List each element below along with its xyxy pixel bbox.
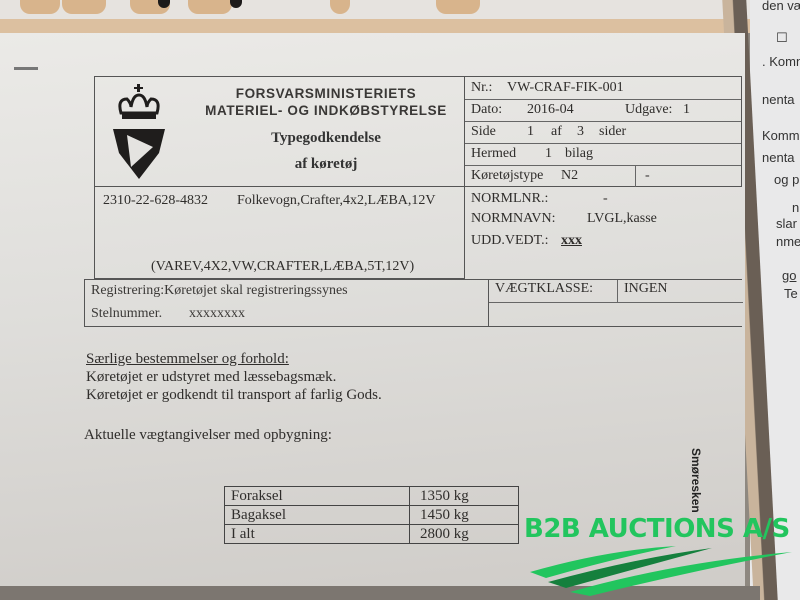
vehicle-short: (VAREV,4X2,VW,CRAFTER,LÆBA,5T,12V)	[151, 259, 414, 275]
label: Dato:	[471, 102, 502, 118]
normnavn-value: LVGL,kasse	[587, 211, 657, 227]
swoosh-logo-icon	[526, 544, 796, 596]
table-row: I alt 2800 kg	[225, 525, 519, 544]
bg-text: den væ	[762, 0, 800, 13]
binder-hole	[188, 0, 232, 14]
bg-text: og p	[774, 172, 799, 187]
special-notes: Særlige bestemmelser og forhold: Køretøj…	[86, 350, 382, 404]
weight-class-box: VÆGTKLASSE: INGEN	[489, 279, 742, 327]
bg-text: nenta	[762, 150, 795, 165]
bg-text: go	[782, 268, 796, 283]
organization-line-1: FORSVARSMINISTERIETS	[191, 86, 461, 101]
label: NORMLNR.:	[471, 191, 548, 207]
checkbox-icon: ☐	[776, 30, 788, 46]
document-title-line-2: af køretøj	[191, 156, 461, 173]
meta-row-nr: Nr.: VW-CRAF-FIK-001	[465, 77, 741, 100]
weight-value: 1350 kg	[410, 487, 519, 506]
registration-text: Registrering:Køretøjet skal registrering…	[91, 283, 348, 299]
label: NORMNAVN:	[471, 211, 556, 227]
header-box: FORSVARSMINISTERIETS MATERIEL- OG INDKØB…	[94, 76, 464, 187]
organization-line-2: MATERIEL- OG INDKØBSTYRELSE	[191, 103, 461, 118]
binder-hole	[436, 0, 480, 14]
weight-value: 1450 kg	[410, 506, 519, 525]
table-row: Bagaksel 1450 kg	[225, 506, 519, 525]
normlnr-value: -	[603, 191, 608, 207]
norm-box: NORMLNR.: - NORMNAVN: LVGL,kasse UDD.VED…	[464, 187, 743, 279]
label: Nr.:	[471, 80, 492, 96]
weight-value: 2800 kg	[410, 525, 519, 544]
meta-row-type: Køretøjstype N2 -	[465, 165, 741, 187]
label: Side	[471, 124, 496, 140]
meta-box: Nr.: VW-CRAF-FIK-001 Dato: 2016-04 Udgav…	[464, 76, 742, 187]
label: Køretøjstype	[471, 168, 543, 184]
label: sider	[599, 124, 626, 140]
note-line: Køretøjet er udstyret med læssebagsmæk.	[86, 368, 382, 386]
vehicle-code: 2310-22-628-4832	[103, 193, 208, 209]
crown-shield-icon	[109, 83, 169, 183]
weight-label: Bagaksel	[225, 506, 410, 525]
meta-row-hermed: Hermed 1 bilag	[465, 143, 741, 166]
stamp-text: Smøresken	[689, 448, 703, 513]
chassis-number: xxxxxxxx	[189, 306, 245, 322]
label: af	[551, 124, 562, 140]
page-total: 3	[577, 124, 584, 140]
divider	[635, 165, 636, 187]
label: UDD.VEDT.:	[471, 233, 549, 249]
document-number: VW-CRAF-FIK-001	[507, 80, 624, 96]
binder-hole	[330, 0, 350, 14]
attachment-count: 1	[545, 146, 552, 162]
table-row: Foraksel 1350 kg	[225, 487, 519, 506]
label: VÆGTKLASSE:	[495, 281, 593, 297]
weights-table: Foraksel 1350 kg Bagaksel 1450 kg I alt …	[224, 486, 519, 544]
label: Udgave:	[625, 102, 672, 118]
binder-hole	[20, 0, 60, 14]
weight-label: I alt	[225, 525, 410, 544]
label: Hermed	[471, 146, 516, 162]
label: bilag	[565, 146, 593, 162]
bg-text: slar	[776, 216, 797, 231]
vehicle-description: Folkevogn,Crafter,4x2,LÆBA,12V	[237, 193, 436, 209]
binder-ring-icon	[230, 0, 242, 8]
weights-label: Aktuelle vægtangivelser med opbygning:	[84, 427, 332, 444]
binder-hole	[62, 0, 106, 14]
weight-label: Foraksel	[225, 487, 410, 506]
registration-box: Registrering:Køretøjet skal registrering…	[84, 279, 489, 327]
weight-class-value-cell: INGEN	[617, 280, 743, 303]
tape-strip	[0, 19, 750, 33]
binder-strip	[0, 0, 750, 20]
document-title-line-1: Typegodkendelse	[191, 130, 461, 147]
mark	[14, 67, 38, 70]
bg-text: Komm	[762, 128, 800, 143]
meta-row-dato: Dato: 2016-04 Udgave: 1	[465, 99, 741, 122]
udd-value: xxx	[561, 233, 582, 249]
date-value: 2016-04	[527, 102, 574, 118]
label: Stelnummer.	[91, 306, 162, 322]
bg-text: n	[792, 200, 799, 215]
watermark-text: B2B AUCTIONS A/S	[524, 514, 790, 544]
bg-text: Te	[784, 286, 798, 301]
type-extra: -	[645, 168, 650, 184]
meta-row-side: Side 1 af 3 sider	[465, 121, 741, 144]
notes-heading: Særlige bestemmelser og forhold:	[86, 350, 382, 368]
bg-text: nme	[776, 234, 800, 249]
page-value: 1	[527, 124, 534, 140]
weight-class-label-cell: VÆGTKLASSE:	[489, 280, 617, 303]
edition-value: 1	[683, 102, 690, 118]
bg-text: . Komn	[762, 54, 800, 69]
vehicle-type: N2	[561, 168, 578, 184]
weight-class-value: INGEN	[624, 281, 668, 297]
note-line: Køretøjet er godkendt til transport af f…	[86, 386, 382, 404]
bg-text: nenta	[762, 92, 795, 107]
vehicle-box: 2310-22-628-4832 Folkevogn,Crafter,4x2,L…	[94, 187, 464, 279]
